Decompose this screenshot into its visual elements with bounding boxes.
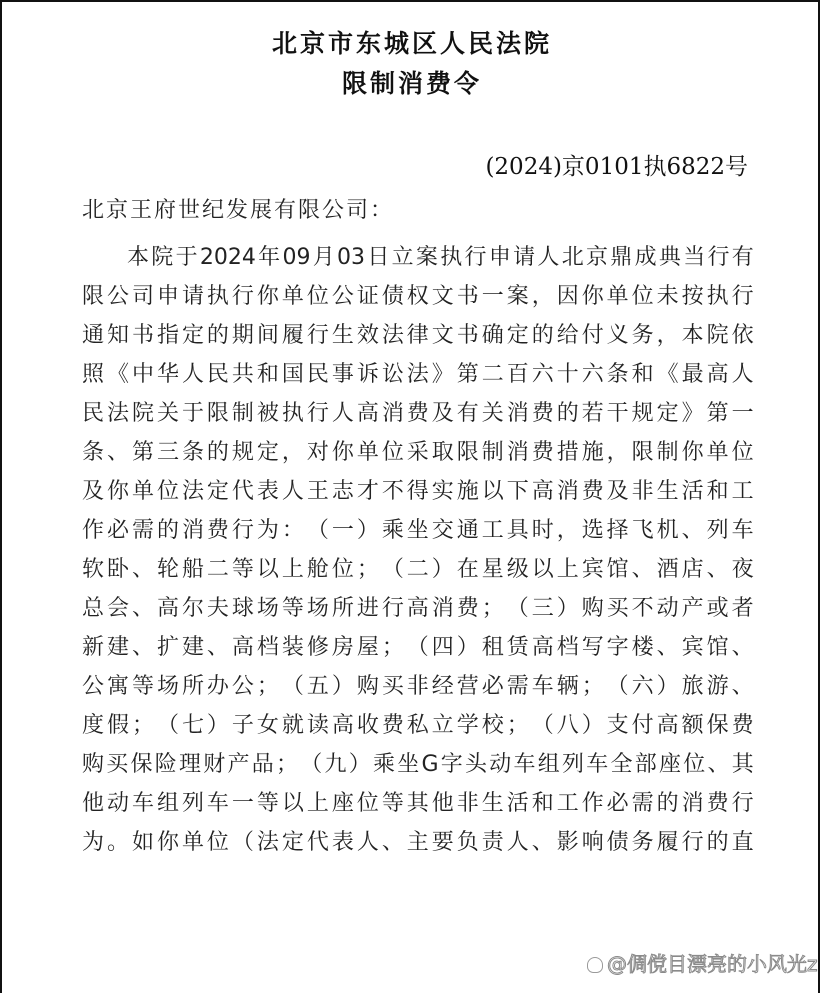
watermark-text: @倜傥目漂亮的小风光z (607, 952, 818, 976)
case-number: (2024)京0101执6822号 (485, 148, 748, 181)
body-line: 照《中华人民共和国民事诉讼法》第二百六十六条和《最高人 (82, 355, 754, 394)
addressee: 北京王府世纪发展有限公司： (82, 193, 394, 224)
document-title: 限制消费令 (2, 64, 822, 100)
body-line: 本院于2024年09月03日立案执行申请人北京鼎成典当行有 (82, 238, 754, 277)
body-line: 总会、高尔夫球场等场所进行高消费；（三）购买不动产或者 (82, 589, 754, 628)
body-line: 度假；（七）子女就读高收费私立学校；（八）支付高额保费 (82, 706, 754, 745)
body-text: 本院于2024年09月03日立案执行申请人北京鼎成典当行有 限公司申请执行你单位… (82, 238, 754, 862)
paw-icon (587, 957, 603, 973)
body-line: 为。如你单位（法定代表人、主要负责人、影响债务履行的直 (82, 823, 754, 862)
body-line: 软卧、轮船二等以上舱位；（二）在星级以上宾馆、酒店、夜 (82, 550, 754, 589)
body-line: 限公司申请执行你单位公证债权文书一案，因你单位未按执行 (82, 277, 754, 316)
body-line: 新建、扩建、高档装修房屋；（四）租赁高档写字楼、宾馆、 (82, 628, 754, 667)
watermark: @倜傥目漂亮的小风光z (587, 948, 818, 977)
body-line: 通知书指定的期间履行生效法律文书确定的给付义务，本院依 (82, 316, 754, 355)
body-line: 及你单位法定代表人王志才不得实施以下高消费及非生活和工 (82, 472, 754, 511)
body-line: 条、第三条的规定，对你单位采取限制消费措施，限制你单位 (82, 433, 754, 472)
body-line: 作必需的消费行为：（一）乘坐交通工具时，选择飞机、列车 (82, 511, 754, 550)
body-line: 购买保险理财产品；（九）乘坐G字头动车组列车全部座位、其 (82, 745, 754, 784)
body-line: 民法院关于限制被执行人高消费及有关消费的若干规定》第一 (82, 394, 754, 433)
body-line: 公寓等场所办公；（五）购买非经营必需车辆；（六）旅游、 (82, 667, 754, 706)
court-name: 北京市东城区人民法院 (2, 24, 822, 60)
body-line: 他动车组列车一等以上座位等其他非生活和工作必需的消费行 (82, 784, 754, 823)
document-page: 北京市东城区人民法院 限制消费令 (2024)京0101执6822号 北京王府世… (0, 0, 820, 993)
